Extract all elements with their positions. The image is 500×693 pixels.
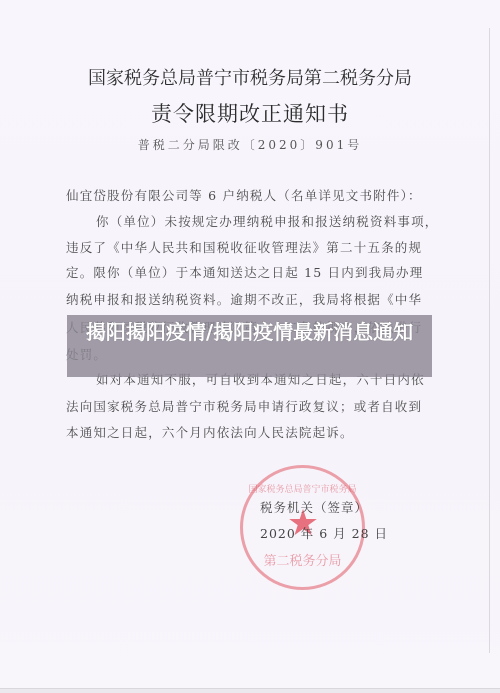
body-paragraph-line: 纳税申报和报送纳税资料。逾期不改正，我局将根据《中华 <box>66 290 426 308</box>
document-number: 普税二分局限改〔2020〕901号 <box>0 136 500 153</box>
body-paragraph-line: 法向国家税务总局普宁市税务局申请行政复议；或者自收到 <box>66 397 426 415</box>
seal-bottom-text: 第二税务分局 <box>243 550 362 569</box>
issuer-heading: 国家税务总局普宁市税务局第二税务分局 <box>0 64 500 90</box>
addressee-line: 仙宜岱股份有限公司等 6 户纳税人（名单详见文书附件）： <box>66 186 426 204</box>
signature-date: 2020 年 6 月 28 日 <box>260 524 388 542</box>
body-paragraph-line: 本通知之日起，六个月内依法向人民法院起诉。 <box>66 423 426 441</box>
headline-overlay-title[interactable]: 揭阳揭阳疫情/揭阳疫情最新消息通知 <box>67 318 432 346</box>
body-paragraph-line: 违反了《中华人民共和国税收征收管理法》第二十五条的规 <box>66 238 426 256</box>
page-bottom-edge <box>0 688 500 693</box>
document-title: 责令限期改正通知书 <box>0 98 500 128</box>
body-paragraph-line: 定。限你（单位）于本通知送达之日起 15 日内到我局办理 <box>66 263 426 281</box>
seal-top-text: 国家税务总局普宁市税务局 <box>243 482 362 495</box>
signing-authority: 税务机关（签章） <box>260 498 368 516</box>
body-paragraph-line: 你（单位）未按规定办理纳税申报和报送纳税资料事项， <box>96 212 456 230</box>
